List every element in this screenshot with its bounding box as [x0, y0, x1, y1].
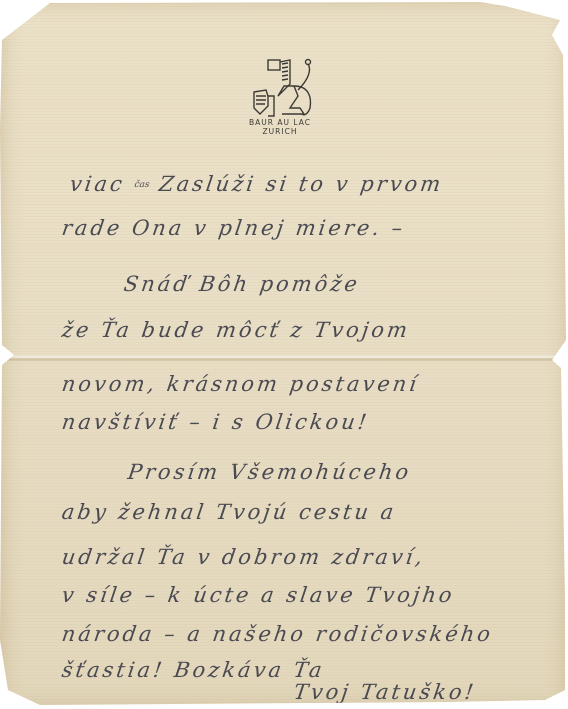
paper-fold-crease [0, 354, 568, 362]
letter-paper: BAUR AU LAC ZURICH viac čas Zaslúži si t… [0, 0, 568, 709]
hotel-city: ZURICH [228, 127, 332, 136]
letter-line-6: navštíviť – i s Olickou! [60, 410, 371, 434]
letter-line-10: v síle – k úcte a slave Tvojho [60, 583, 456, 607]
hotel-name: BAUR AU LAC [228, 118, 332, 127]
inserted-note: čas [134, 180, 150, 190]
letter-line-12: šťastia! Bozkáva Ťa [60, 658, 326, 682]
letter-line-11: národa – a našeho rodičovského [60, 622, 494, 646]
letter-line-9: udržal Ťa v dobrom zdraví, [60, 545, 427, 569]
letter-line-text: Zaslúži si to v prvom [158, 172, 445, 196]
letter-signature: Tvoj Tatuško! [292, 680, 478, 704]
letter-line-5: novom, krásnom postavení [60, 372, 420, 396]
letter-line-text: viac [68, 172, 126, 196]
letter-line-4: že Ťa bude môcť z Tvojom [60, 318, 411, 342]
letter-line-2: rade Ona v plnej miere. – [60, 216, 407, 240]
letter-line-7: Prosím Všemohúceho [126, 460, 413, 484]
letter-line-1: viac čas Zaslúži si to v prvom [68, 172, 445, 196]
letter-line-3: Snáď Bôh pomôže [122, 272, 361, 296]
lion-with-shield-icon [238, 56, 322, 118]
letter-line-8: aby žehnal Tvojú cestu a [60, 500, 398, 524]
letterhead: BAUR AU LAC ZURICH [228, 56, 332, 136]
